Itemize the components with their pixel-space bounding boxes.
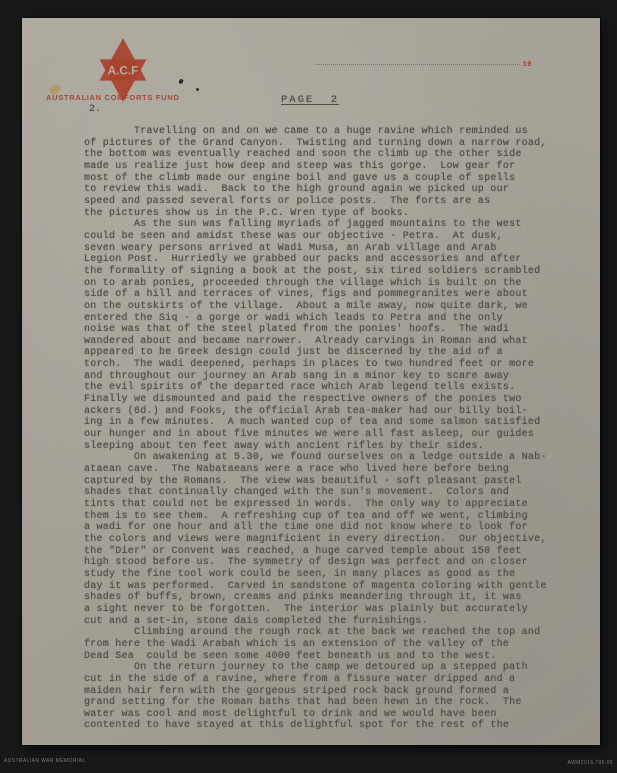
paragraph-petra-arrival: As the sun was falling myriads of jagged… — [84, 219, 566, 452]
scanned-page-background: A.C.F AUSTRALIAN COMFORTS FUND 19 PAGE 2… — [0, 0, 617, 773]
page-header: PAGE 2 — [281, 94, 339, 106]
ink-speck — [178, 78, 183, 84]
paragraph-nabataean-view: On awakening at 5.30, we found ourselves… — [84, 452, 566, 627]
letterhead-date-line: 19 — [310, 61, 532, 74]
letter-body: Travelling on and on we came to a huge r… — [84, 126, 566, 732]
margin-page-number: 2. — [89, 104, 101, 115]
date-year-prefix: 19 — [523, 61, 532, 69]
paragraph-wadi-arabah: Climbing around the rough rock at the ba… — [84, 627, 566, 662]
paragraph-travelling: Travelling on and on we came to a huge r… — [84, 126, 566, 219]
acf-monogram-text: A.C.F — [108, 64, 139, 77]
archive-caption-right: AWM2016.795.06 — [568, 760, 613, 766]
letterhead-org-name: AUSTRALIAN COMFORTS FUND — [46, 93, 179, 102]
paragraph-return-journey: On the return journey to the camp we det… — [84, 662, 566, 732]
ink-speck — [196, 88, 199, 91]
letter-page: A.C.F AUSTRALIAN COMFORTS FUND 19 PAGE 2… — [22, 18, 600, 745]
archive-caption-left: AUSTRALIAN WAR MEMORIAL — [4, 758, 86, 764]
dotted-date-rule — [315, 63, 520, 65]
